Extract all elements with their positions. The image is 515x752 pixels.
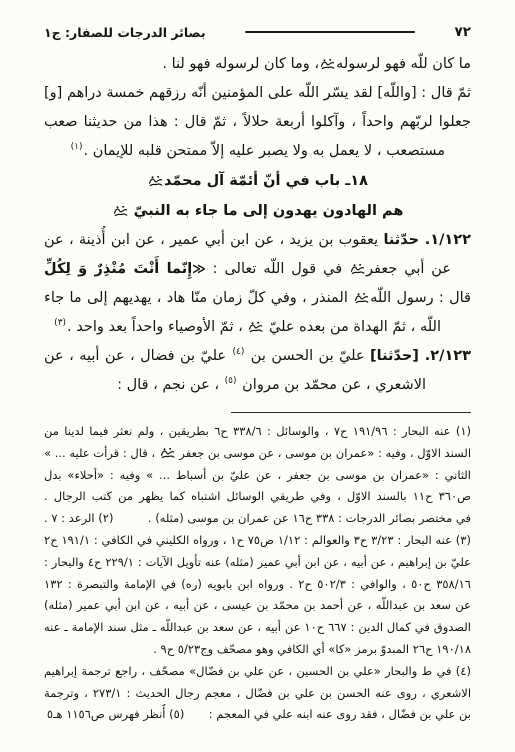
footnote-separator xyxy=(231,412,471,413)
honorific-icon xyxy=(113,196,128,226)
text-run: عليّ بن الحسن بن xyxy=(245,348,370,364)
book-page: ٧٢ بصائر الدرجات للصفار: ج١ ما كان للّه … xyxy=(0,0,515,752)
footnote-line: بن علي بن فضّال ، فقد روى عنه ابنه علي ف… xyxy=(44,704,471,726)
honorific-icon xyxy=(248,313,263,342)
footnote-line: (١) عنه البحار : ١٩١/٩٦ ح٧ ، والوسائل : … xyxy=(44,421,471,443)
header-rule xyxy=(245,31,415,33)
honorific-icon xyxy=(148,166,163,196)
footnote-marker: (٣) xyxy=(54,318,66,328)
page-header: ٧٢ بصائر الدرجات للصفار: ج١ xyxy=(44,22,471,42)
footnote-marker: (٤) xyxy=(233,347,245,357)
hadith-122-line: قال : رسول اللّه المنذر ، وفي كلّ زمان م… xyxy=(44,284,471,313)
text-run: ثمّ قال : [واللّه] لقد يسّر اللّه على ال… xyxy=(44,85,471,101)
footnote-line: الثاني : «عمران بن موسى بن جعفر ، عن علي… xyxy=(44,465,471,487)
text-run: ١٩٠/١٨ ح٢٦ المبدوّ برمز «كا» أي الكافي و… xyxy=(153,642,471,656)
hadith-122-line: اللّه ، ثمّ الهداة من بعده عليّ ، ثمّ ال… xyxy=(44,313,471,342)
footnote-marker: (١) xyxy=(71,142,83,152)
intro-paragraph-line: جعلوا لربّهم واحداً ، وآكلوا أربعة حلالا… xyxy=(44,108,471,137)
footnotes-section: (١) عنه البحار : ١٩١/٩٦ ح٧ ، والوسائل : … xyxy=(44,421,471,726)
text-run: عليّ بن إبراهيم ، عن أبيه ، عن ابن أبي ع… xyxy=(44,555,471,569)
text-run: (١) عنه البحار : ١٩١/٩٦ ح٧ ، والوسائل : … xyxy=(44,424,471,443)
hadith-122-line: عن أبي جعفر في قول اللّه تعالى : ≪إِنّما… xyxy=(44,255,471,284)
footnote-marker: (٥) xyxy=(225,376,237,386)
verse-open-bracket: ≪ xyxy=(192,262,206,277)
text-run: الاشعري ، عن محمّد بن مروان xyxy=(238,377,426,393)
text-run: اللّه ، ثمّ الهداة من بعده عليّ xyxy=(264,319,441,335)
hadith-122-line: ١/١٢٢. حدّثنا يعقوب بن يزيد ، عن ابن أبي… xyxy=(44,226,471,255)
footnote-line: السند الاوّل ، وفيه : «عمران بن موسى ، ع… xyxy=(44,443,471,465)
hadith-123-line: ٢/١٢٣. [حدّثنا] عليّ بن الحسن بن (٤) علي… xyxy=(44,342,471,371)
footnote-line: الصدوق في كمال الدين : ٦٦٧ ح١٠ عن أبيه ،… xyxy=(44,617,471,639)
footnote-line: عليّ بن إبراهيم ، عن أبيه ، عن ابن أبي ع… xyxy=(44,552,471,574)
text-run: في قول اللّه تعالى : xyxy=(206,261,349,277)
text-run: الثاني : «عمران بن موسى بن جعفر ، عن علي… xyxy=(44,468,471,487)
hadith-123: ٢/١٢٣. [حدّثنا] عليّ بن الحسن بن (٤) علي… xyxy=(44,342,471,400)
text-run: قال : رسول اللّه xyxy=(370,290,471,306)
footnote-line: ١٩٠/١٨ ح٢٦ المبدوّ برمز «كا» أي الكافي و… xyxy=(44,639,471,661)
text-run: بن علي بن فضّال ، فقد روى عنه ابنه علي ف… xyxy=(209,707,471,726)
text-run: السند الاوّل ، وفيه : «عمران بن موسى ، ع… xyxy=(176,446,471,460)
honorific-icon xyxy=(354,284,369,313)
chapter-heading-line: هم الهادون يهدون إلى ما جاء به النبيّ xyxy=(44,196,471,226)
footnote-line-start: بن علي بن فضّال ، فقد روى عنه ابنه علي ف… xyxy=(184,704,471,726)
text-run: عن أبي جعفر xyxy=(366,261,451,277)
hadith-number-bold: ٢/١٢٣. [حدّثنا] xyxy=(370,348,471,364)
text-run: (٤) في ط والبحار «علي بن الحسين ، عن علي… xyxy=(44,664,471,683)
text-run: (٢) الرعد : ٧ . xyxy=(44,511,113,525)
text-run: ٣٥٨/١٦ ح٥٠ ، والوافي : ٥٠٢/٣ ح٢ . ورواه … xyxy=(44,577,471,596)
footnote-line: الاشعري ، روى عنه الحسن بن علي بن فضّال … xyxy=(44,683,471,705)
text-run: (٥) أُنظر فهرس ص١١٥٦ هـ٥ . xyxy=(47,707,184,726)
intro-paragraph: ما كان للّه فهو لرسوله، وما كان لرسوله ف… xyxy=(44,50,471,166)
chapter-heading: ١٨ـ باب في أنّ أئمّة آل محمّدهم الهادون … xyxy=(44,166,471,226)
footnote-line: (٣) عنه البحار : ٣/٢٣ ح٣ والعوالم : ١/١٢… xyxy=(44,530,471,552)
text-run: في مختصر بصائر الدرجات : ٣٣٨ ح١٦ عن عمرا… xyxy=(148,511,471,525)
footnote-line: ص٣٦٠ ح١١ بالسند الاوّل ، وفي طريقي الوسا… xyxy=(44,486,471,508)
hadith-122: ١/١٢٢. حدّثنا يعقوب بن يزيد ، عن ابن أبي… xyxy=(44,226,471,342)
chapter-heading-line: ١٨ـ باب في أنّ أئمّة آل محمّد xyxy=(44,166,471,196)
intro-paragraph-line: مستصعب ، لا يعمل به ولا يصبر عليه إلاّ م… xyxy=(44,137,471,166)
text-run: ، عن نجم ، قال : xyxy=(117,377,224,393)
footnote-line: في مختصر بصائر الدرجات : ٣٣٨ ح١٦ عن عمرا… xyxy=(44,508,471,530)
page-number: ٧٢ xyxy=(455,24,471,40)
footnote-line: (٤) في ط والبحار «علي بن الحسين ، عن علي… xyxy=(44,661,471,683)
hadith-number-bold: ١/١٢٢. حدّثنا xyxy=(383,232,471,248)
text-run: الاشعري ، روى عنه الحسن بن علي بن فضّال … xyxy=(44,686,471,705)
text-run: هم الهادون يهدون إلى ما جاء به النبيّ xyxy=(129,203,404,219)
text-run: عن سعد بن عبداللّه ، عن أحمد بن محمّد بن… xyxy=(44,598,471,617)
footnote-line-end: (٢) الرعد : ٧ . xyxy=(44,508,113,530)
text-run: ١٨ـ باب في أنّ أئمّة آل محمّد xyxy=(164,173,368,189)
footnote-line-end: (٥) أُنظر فهرس ص١١٥٦ هـ٥ . xyxy=(44,704,184,726)
honorific-icon xyxy=(350,255,365,284)
text-run: ما كان للّه فهو لرسوله xyxy=(336,56,471,72)
footnote-line: ٣٥٨/١٦ ح٥٠ ، والوافي : ٥٠٢/٣ ح٢ . ورواه … xyxy=(44,574,471,596)
text-run: الصدوق في كمال الدين : ٦٦٧ ح١٠ عن أبيه ،… xyxy=(44,620,471,639)
book-title: بصائر الدرجات للصفار: ج١ xyxy=(44,25,206,40)
text-run: جعلوا لربّهم واحداً ، وآكلوا أربعة حلالا… xyxy=(44,114,471,130)
honorific-icon xyxy=(320,50,335,79)
text-run: ، ثمّ الأوصياء واحداً بعد واحد . xyxy=(67,319,247,335)
text-run: ص٣٦٠ ح١١ بالسند الاوّل ، وفي طريقي الوسا… xyxy=(44,489,471,508)
intro-paragraph-line: ما كان للّه فهو لرسوله، وما كان لرسوله ف… xyxy=(44,50,471,79)
text-run: ، وما كان لرسوله فهو لنا . xyxy=(162,56,319,72)
honorific-icon xyxy=(160,443,175,465)
footnote-line-start: في مختصر بصائر الدرجات : ٣٣٨ ح١٦ عن عمرا… xyxy=(148,508,471,530)
hadith-123-line: الاشعري ، عن محمّد بن مروان (٥) ، عن نجم… xyxy=(44,371,471,400)
footnote-line: عن سعد بن عبداللّه ، عن أحمد بن محمّد بن… xyxy=(44,595,471,617)
text-run: (٣) عنه البحار : ٣/٢٣ ح٣ والعوالم : ١/١٢… xyxy=(44,533,471,552)
text-run: مستصعب ، لا يعمل به ولا يصبر عليه إلاّ م… xyxy=(84,143,445,159)
intro-paragraph-line: ثمّ قال : [واللّه] لقد يسّر اللّه على ال… xyxy=(44,79,471,108)
page-body: ما كان للّه فهو لرسوله، وما كان لرسوله ف… xyxy=(44,50,471,400)
